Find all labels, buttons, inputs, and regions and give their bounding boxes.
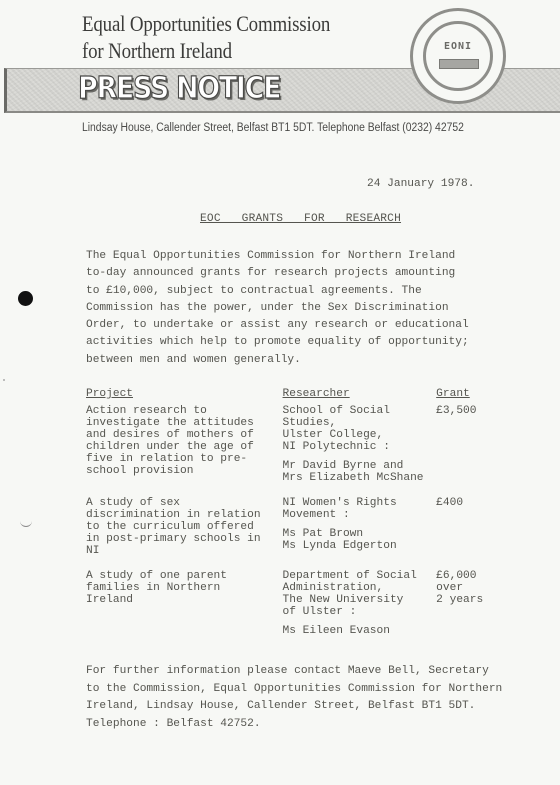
researcher-people: Ms Pat Brown Ms Lynda Edgerton <box>283 528 437 552</box>
org-name-line1: Equal Opportunities Commission <box>82 10 330 37</box>
contact-paragraph: For further information please contact M… <box>86 663 536 733</box>
org-name-line2: for Northern Ireland <box>82 37 330 64</box>
project-cell: A study of sex discrimination in relatio… <box>86 497 283 557</box>
paper-mark <box>20 520 32 527</box>
punch-hole <box>18 291 33 306</box>
letterhead-address: Lindsay House, Callender Street, Belfast… <box>82 122 464 134</box>
researcher-cell: NI Women's Rights Movement : Ms Pat Brow… <box>283 497 437 557</box>
table-row: A study of one parent families in Northe… <box>86 570 506 637</box>
researcher-cell: Department of Social Administration, The… <box>283 570 437 637</box>
logo-text: EONI <box>438 41 478 52</box>
notice-date: 24 January 1978. <box>367 178 474 190</box>
organization-name: Equal Opportunities Commission for North… <box>82 10 330 64</box>
researcher-people: Mr David Byrne and Mrs Elizabeth McShane <box>283 460 437 484</box>
project-cell: Action research to investigate the attit… <box>86 405 283 484</box>
press-notice-label: PRESS NOTICE <box>78 70 280 108</box>
grant-cell: £3,500 <box>436 405 506 484</box>
grants-table-header: Project Researcher Grant <box>86 388 506 400</box>
grant-cell: £6,000 over 2 years <box>436 570 506 637</box>
researcher-institution: NI Women's Rights Movement : <box>283 497 437 521</box>
grants-table: Project Researcher Grant Action research… <box>86 388 506 650</box>
intro-paragraph: The Equal Opportunities Commission for N… <box>86 248 506 369</box>
project-cell: A study of one parent families in Northe… <box>86 570 283 637</box>
eoc-logo-icon: EONI <box>410 8 506 104</box>
researcher-institution: Department of Social Administration, The… <box>283 570 437 618</box>
notice-heading: EOC GRANTS FOR RESEARCH <box>200 213 401 225</box>
logo-inner-ring: EONI <box>423 21 493 91</box>
header-researcher: Researcher <box>283 388 350 400</box>
paper-speck <box>3 379 5 381</box>
header-project: Project <box>86 388 133 400</box>
table-row: Action research to investigate the attit… <box>86 405 506 484</box>
researcher-people: Ms Eileen Evason <box>283 625 437 637</box>
researcher-cell: School of Social Studies, Ulster College… <box>283 405 437 484</box>
table-row: A study of sex discrimination in relatio… <box>86 497 506 557</box>
logo-bar <box>439 59 479 69</box>
researcher-institution: School of Social Studies, Ulster College… <box>283 405 437 453</box>
grant-cell: £400 <box>436 497 506 557</box>
header-grant: Grant <box>436 388 470 400</box>
